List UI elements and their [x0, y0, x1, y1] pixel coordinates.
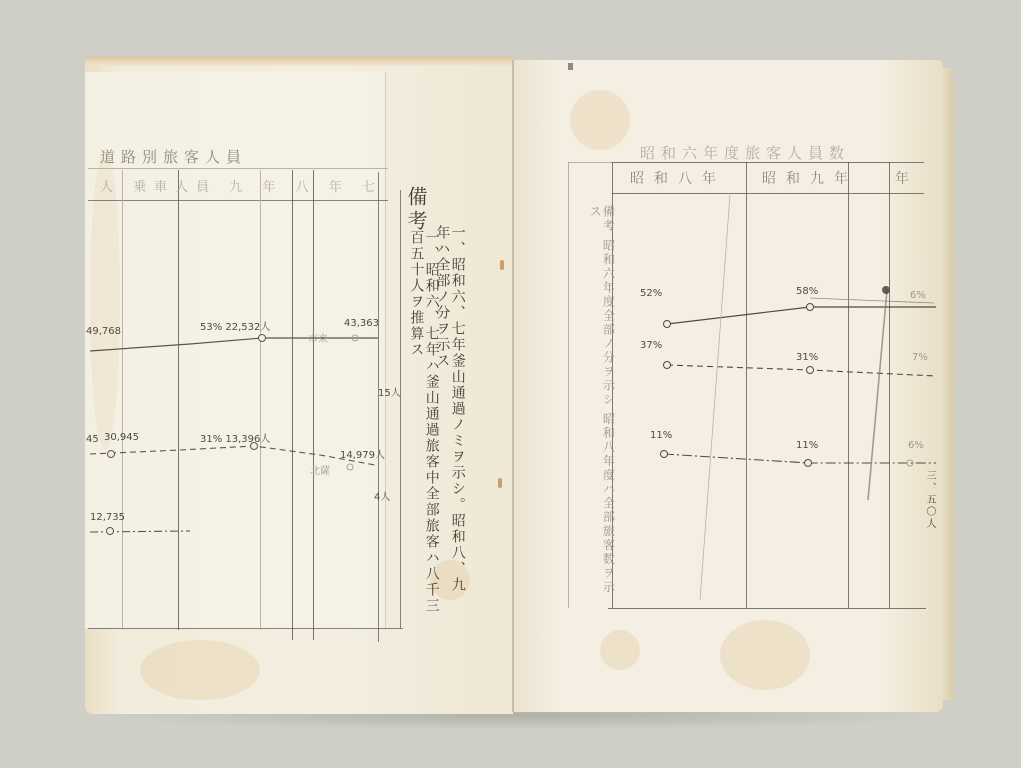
column-rule — [122, 170, 123, 630]
column-header-label: 年 — [262, 180, 283, 195]
value-label: 4人 — [374, 488, 390, 503]
stain — [140, 640, 260, 700]
notes-title: 備考 — [405, 186, 427, 234]
column-header: 昭和八年 — [630, 168, 726, 188]
value-label: 12,735 — [90, 512, 125, 523]
column-header: 年 — [895, 168, 915, 188]
insert-header: 道路別旅客人員 — [100, 146, 247, 167]
stain — [600, 630, 640, 670]
page-stack-edge — [943, 68, 953, 700]
divider — [608, 608, 926, 609]
column-header-label: 九 — [229, 180, 250, 195]
column-rule — [400, 190, 401, 628]
divider — [88, 168, 388, 169]
value-label: 30,945 — [104, 432, 139, 443]
column-rule — [292, 170, 293, 640]
divider — [568, 162, 612, 163]
column-header-label: 八 — [296, 180, 317, 195]
column-rule — [178, 170, 179, 630]
column-rule — [260, 170, 261, 630]
column-header: 昭和九年 — [762, 168, 858, 188]
notes-line-2: 一、昭和六、七年ハ釜山通過旅客中全部旅客ハ八千三百五十人ヲ推算ス — [408, 230, 439, 620]
place-label: 北薩 — [310, 462, 330, 477]
value-label: 45 — [86, 434, 99, 445]
value-label: 37% — [640, 340, 662, 351]
value-label: 31% 13,396人 — [200, 430, 270, 445]
column-header-label: 人 — [100, 180, 121, 195]
side-mark: 15人 — [378, 384, 401, 399]
value-label: 6% — [908, 440, 924, 451]
stain — [570, 90, 630, 150]
staple-mark — [568, 63, 573, 70]
book-gutter — [512, 60, 514, 712]
value-label: 11% — [650, 430, 672, 441]
value-label: 43,363 — [344, 318, 379, 329]
torn-top-edge — [85, 56, 513, 66]
column-header-label: 七 — [362, 180, 383, 195]
column-header-label: 年 — [329, 180, 350, 195]
column-rule — [313, 170, 314, 640]
stain — [90, 150, 120, 450]
value-label: 52% — [640, 288, 662, 299]
edge-note: 三、五〇人 — [924, 470, 935, 580]
divider — [612, 193, 924, 194]
divider — [88, 200, 388, 201]
value-label: 7% — [912, 352, 928, 363]
divider — [88, 628, 403, 629]
column-rule — [378, 172, 379, 642]
column-rule — [746, 162, 747, 608]
value-label: 49,768 — [86, 326, 121, 337]
binding-thread-mark — [500, 260, 504, 270]
value-label: 31% — [796, 352, 818, 363]
column-rule — [889, 162, 890, 608]
value-label: 14,979人 — [340, 446, 385, 461]
right-side-note: 備考 昭和六年度全部ノ分ヲ示シ 昭和八年度ハ全部旅客数ヲ示ス — [588, 205, 614, 605]
column-rule — [848, 162, 849, 608]
value-label: 58% — [796, 286, 818, 297]
column-rule — [568, 162, 569, 608]
stain — [720, 620, 810, 690]
binding-thread-mark — [498, 478, 502, 488]
value-label: 6% — [910, 290, 926, 301]
value-label: 53% 22,532人 — [200, 318, 270, 333]
place-label: 市来 — [308, 330, 328, 345]
right-faint-header: 昭和六年度旅客人員数 — [640, 142, 850, 163]
divider — [612, 162, 924, 163]
column-header-label: 乗車人員 — [133, 180, 217, 195]
value-label: 11% — [796, 440, 818, 451]
column-header: 人 乗車人員 九 年 八 年 七 — [100, 176, 383, 195]
